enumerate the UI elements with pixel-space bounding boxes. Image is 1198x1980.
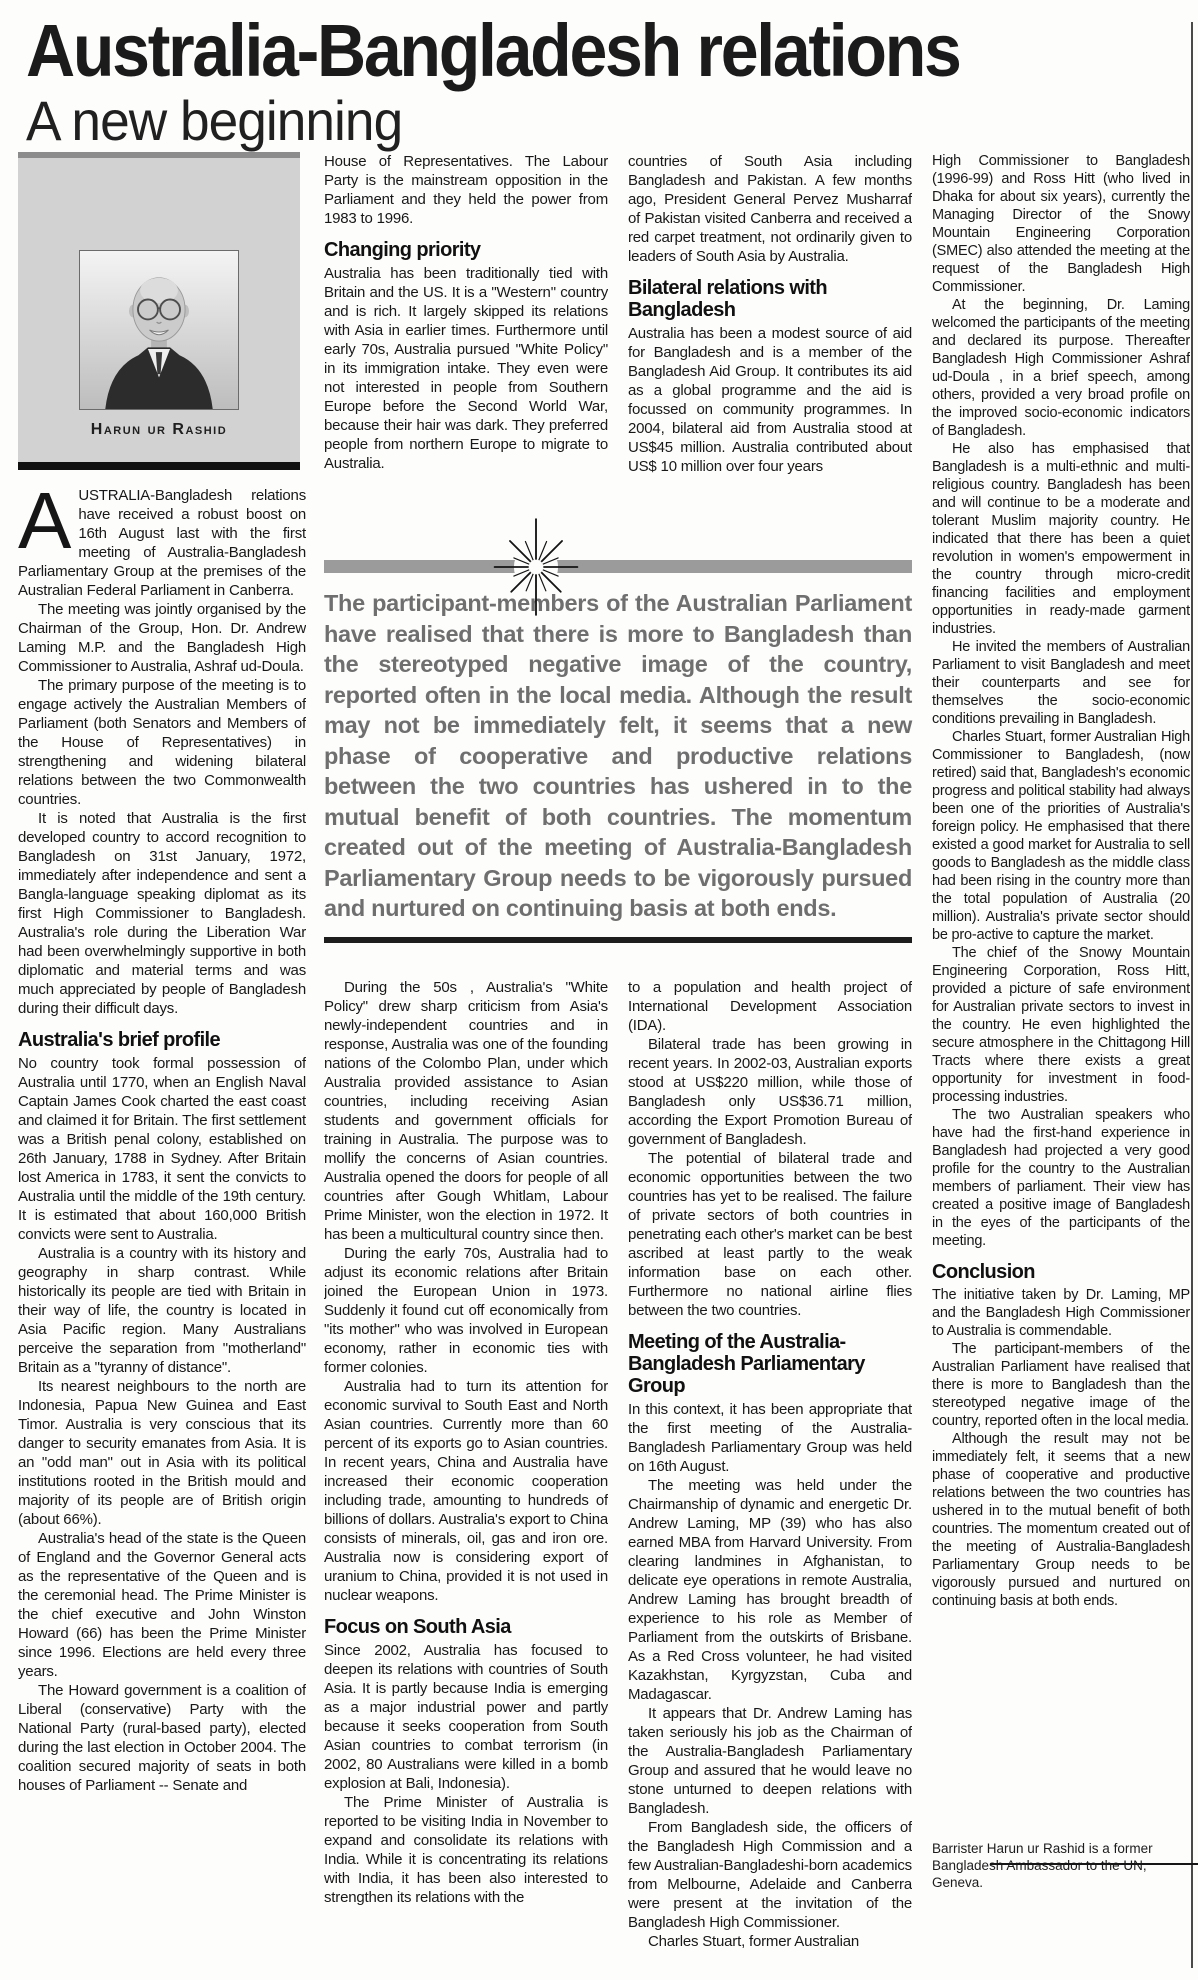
paragraph: The initiative taken by Dr. Laming, MP a… [932, 1286, 1190, 1340]
paragraph: At the beginning, Dr. Laming welcomed th… [932, 296, 1190, 440]
pull-quote-bottom-rule [324, 937, 912, 943]
section-heading: Changing priority [324, 239, 608, 261]
paragraph: The two Australian speakers who have had… [932, 1106, 1190, 1250]
paragraph: The chief of the Snowy Mountain Engineer… [932, 944, 1190, 1106]
column-2-lower: During the 50s , Australia's "White Poli… [324, 978, 608, 1964]
column-3-upper: countries of South Asia including Bangla… [628, 152, 912, 558]
paragraph: Charles Stuart, former Australian [628, 1932, 912, 1951]
starburst-icon [490, 516, 582, 618]
paragraph: In this context, it has been appropriate… [628, 1400, 912, 1476]
paragraph: It appears that Dr. Andrew Laming has ta… [628, 1704, 912, 1818]
author-photo-box: Harun ur Rashid [18, 152, 300, 470]
column-4: High Commissioner to Bangladesh (1996-99… [932, 152, 1190, 1836]
lead-paragraph: AUSTRALIA-Bangladesh relations have rece… [18, 486, 306, 600]
paragraph: Although the result may not be immediate… [932, 1430, 1190, 1610]
pull-quote: The participant-members of the Australia… [324, 560, 912, 943]
section-heading: Conclusion [932, 1261, 1190, 1283]
newspaper-page: Australia-Bangladesh relations A new beg… [0, 0, 1198, 1980]
paragraph: Australia had to turn its attention for … [324, 1377, 608, 1605]
paragraph: It is noted that Australia is the first … [18, 809, 306, 1018]
paragraph: The Prime Minister of Australia is repor… [324, 1793, 608, 1907]
byline-text: Barrister Harun ur Rashid is a former Ba… [932, 1841, 1153, 1890]
paragraph: He invited the members of Australian Par… [932, 638, 1190, 728]
paragraph: The participant-members of the Australia… [932, 1340, 1190, 1430]
column-1: Harun ur Rashid AUSTRALIA-Bangladesh rel… [18, 152, 306, 1964]
paragraph: The Howard government is a coalition of … [18, 1681, 306, 1795]
column-2-upper: House of Representatives. The Labour Par… [324, 152, 608, 558]
article-title: Australia-Bangladesh relations [26, 8, 960, 93]
paragraph: The meeting was held under the Chairmans… [628, 1476, 912, 1704]
paragraph: Australia has been a modest source of ai… [628, 324, 912, 476]
pull-quote-top-rule [324, 560, 912, 573]
section-heading: Australia's brief profile [18, 1029, 306, 1051]
drop-cap: A [18, 486, 78, 552]
paragraph: countries of South Asia including Bangla… [628, 152, 912, 266]
paragraph: Charles Stuart, former Australian High C… [932, 728, 1190, 944]
article-subtitle: A new beginning [26, 88, 402, 153]
page-edge-rule [1191, 22, 1193, 1968]
paragraph: During the 50s , Australia's "White Poli… [324, 978, 608, 1244]
section-heading: Meeting of the Australia-Bangladesh Parl… [628, 1331, 912, 1397]
paragraph: The meeting was jointly organised by the… [18, 600, 306, 676]
paragraph: Australia is a country with its history … [18, 1244, 306, 1377]
byline-rule [990, 1863, 1198, 1865]
paragraph: No country took formal possession of Aus… [18, 1054, 306, 1244]
paragraph: He also has emphasised that Bangladesh i… [932, 440, 1190, 638]
paragraph: Australia has been traditionally tied wi… [324, 264, 608, 473]
section-heading: Bilateral relations with Bangladesh [628, 277, 912, 321]
paragraph: The primary purpose of the meeting is to… [18, 676, 306, 809]
paragraph: Since 2002, Australia has focused to dee… [324, 1641, 608, 1793]
paragraph: From Bangladesh side, the officers of th… [628, 1818, 912, 1932]
paragraph: House of Representatives. The Labour Par… [324, 152, 608, 228]
paragraph: High Commissioner to Bangladesh (1996-99… [932, 152, 1190, 296]
author-photo [79, 250, 239, 410]
paragraph: The potential of bilateral trade and eco… [628, 1149, 912, 1320]
paragraph: to a population and health project of In… [628, 978, 912, 1035]
column-3-lower: to a population and health project of In… [628, 978, 912, 1964]
paragraph: Bilateral trade has been growing in rece… [628, 1035, 912, 1149]
pull-quote-text: The participant-members of the Australia… [324, 588, 912, 924]
section-heading: Focus on South Asia [324, 1616, 608, 1638]
portrait-illustration [80, 251, 238, 409]
column-1-text: AUSTRALIA-Bangladesh relations have rece… [18, 486, 306, 1795]
paragraph: Australia's head of the state is the Que… [18, 1529, 306, 1681]
paragraph: During the early 70s, Australia had to a… [324, 1244, 608, 1377]
paragraph: Its nearest neighbours to the north are … [18, 1377, 306, 1529]
photo-caption: Harun ur Rashid [18, 420, 300, 439]
author-byline: Barrister Harun ur Rashid is a former Ba… [932, 1840, 1190, 1891]
